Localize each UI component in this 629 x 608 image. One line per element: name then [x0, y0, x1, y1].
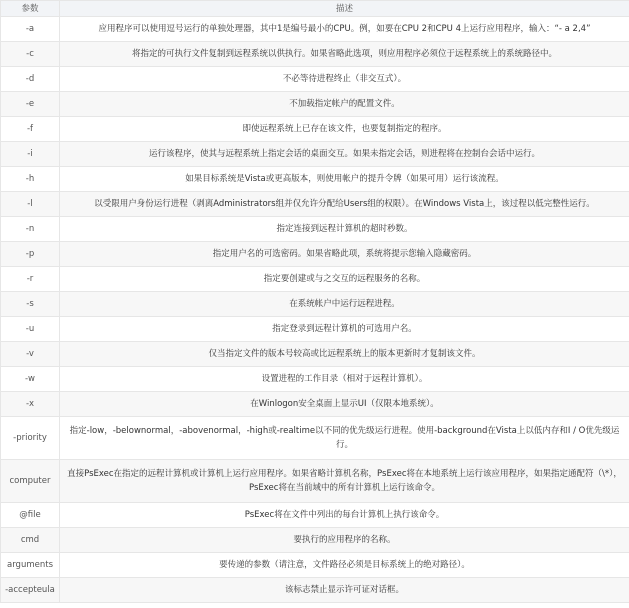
- param-cell: -c: [1, 42, 60, 67]
- table-row: arguments要传递的参数（请注意，文件路径必须是目标系统上的绝对路径）。: [1, 553, 629, 578]
- description-cell: 在系统帐户中运行远程进程。: [60, 292, 629, 317]
- param-cell: -f: [1, 117, 60, 142]
- description-cell: 在Winlogon安全桌面上显示UI（仅限本地系统）。: [60, 392, 629, 417]
- table-row: -h如果目标系统是Vista或更高版本，则使用帐户的提升令牌（如果可用）运行该流…: [1, 167, 629, 192]
- param-cell: @file: [1, 503, 60, 528]
- param-cell: -w: [1, 367, 60, 392]
- param-cell: -r: [1, 267, 60, 292]
- param-cell: -u: [1, 317, 60, 342]
- table-row: -r指定要创建或与之交互的远程服务的名称。: [1, 267, 629, 292]
- param-cell: -l: [1, 192, 60, 217]
- description-cell: 设置进程的工作目录（相对于远程计算机）。: [60, 367, 629, 392]
- param-cell: -n: [1, 217, 60, 242]
- param-cell: -v: [1, 342, 60, 367]
- table-row: -i运行该程序，使其与远程系统上指定会话的桌面交互。如果未指定会话，则进程将在控…: [1, 142, 629, 167]
- table-row: cmd要执行的应用程序的名称。: [1, 528, 629, 553]
- description-cell: 即使远程系统上已存在该文件，也要复制指定的程序。: [60, 117, 629, 142]
- param-cell: -d: [1, 67, 60, 92]
- table-row: -w设置进程的工作目录（相对于远程计算机）。: [1, 367, 629, 392]
- param-cell: arguments: [1, 553, 60, 578]
- table-row: -s在系统帐户中运行远程进程。: [1, 292, 629, 317]
- description-cell: 指定登录到远程计算机的可选用户名。: [60, 317, 629, 342]
- table-row: -d不必等待进程终止（非交互式）。: [1, 67, 629, 92]
- param-cell: -x: [1, 392, 60, 417]
- description-cell: 要执行的应用程序的名称。: [60, 528, 629, 553]
- param-cell: -p: [1, 242, 60, 267]
- description-cell: 直接PsExec在指定的远程计算机或计算机上运行应用程序。如果省略计算机名称，P…: [60, 460, 629, 503]
- table-row: -e不加载指定帐户的配置文件。: [1, 92, 629, 117]
- table-header-row: 参数 描述: [1, 1, 629, 17]
- table-row: @filePsExec将在文件中列出的每台计算机上执行该命令。: [1, 503, 629, 528]
- table-row: -u指定登录到远程计算机的可选用户名。: [1, 317, 629, 342]
- param-cell: -a: [1, 17, 60, 42]
- description-cell: 应用程序可以使用逗号运行的单独处理器，其中1是编号最小的CPU。例，如要在CPU…: [60, 17, 629, 42]
- description-cell: 指定连接到远程计算机的超时秒数。: [60, 217, 629, 242]
- param-cell: -i: [1, 142, 60, 167]
- table-row: -accepteula该标志禁止显示许可证对话框。: [1, 578, 629, 603]
- description-cell: 以受限用户身份运行进程（剥离Administrators组并仅允许分配给User…: [60, 192, 629, 217]
- param-cell: -h: [1, 167, 60, 192]
- table-row: -x在Winlogon安全桌面上显示UI（仅限本地系统）。: [1, 392, 629, 417]
- param-cell: cmd: [1, 528, 60, 553]
- description-cell: 要传递的参数（请注意，文件路径必须是目标系统上的绝对路径）。: [60, 553, 629, 578]
- param-cell: -s: [1, 292, 60, 317]
- description-cell: 指定要创建或与之交互的远程服务的名称。: [60, 267, 629, 292]
- table-row: -p指定用户名的可选密码。如果省略此项，系统将提示您输入隐藏密码。: [1, 242, 629, 267]
- table-row: -l以受限用户身份运行进程（剥离Administrators组并仅允许分配给Us…: [1, 192, 629, 217]
- table-row: computer直接PsExec在指定的远程计算机或计算机上运行应用程序。如果省…: [1, 460, 629, 503]
- table-row: -a应用程序可以使用逗号运行的单独处理器，其中1是编号最小的CPU。例，如要在C…: [1, 17, 629, 42]
- description-cell: 指定用户名的可选密码。如果省略此项，系统将提示您输入隐藏密码。: [60, 242, 629, 267]
- param-cell: -priority: [1, 417, 60, 460]
- description-cell: 仅当指定文件的版本号较高或比远程系统上的版本更新时才复制该文件。: [60, 342, 629, 367]
- description-cell: 将指定的可执行文件复制到远程系统以供执行。如果省略此选项，则应用程序必须位于远程…: [60, 42, 629, 67]
- description-cell: 不必等待进程终止（非交互式）。: [60, 67, 629, 92]
- table-row: -c将指定的可执行文件复制到远程系统以供执行。如果省略此选项，则应用程序必须位于…: [1, 42, 629, 67]
- description-cell: 该标志禁止显示许可证对话框。: [60, 578, 629, 603]
- table-row: -v仅当指定文件的版本号较高或比远程系统上的版本更新时才复制该文件。: [1, 342, 629, 367]
- parameter-table: 参数 描述 -a应用程序可以使用逗号运行的单独处理器，其中1是编号最小的CPU。…: [0, 0, 629, 603]
- description-cell: 运行该程序，使其与远程系统上指定会话的桌面交互。如果未指定会话，则进程将在控制台…: [60, 142, 629, 167]
- header-description: 描述: [60, 1, 629, 17]
- table-row: -f即使远程系统上已存在该文件，也要复制指定的程序。: [1, 117, 629, 142]
- table-row: -n指定连接到远程计算机的超时秒数。: [1, 217, 629, 242]
- description-cell: 指定-low，-belownormal，-abovenormal，-high或-…: [60, 417, 629, 460]
- description-cell: PsExec将在文件中列出的每台计算机上执行该命令。: [60, 503, 629, 528]
- description-cell: 不加载指定帐户的配置文件。: [60, 92, 629, 117]
- param-cell: -e: [1, 92, 60, 117]
- description-cell: 如果目标系统是Vista或更高版本，则使用帐户的提升令牌（如果可用）运行该流程。: [60, 167, 629, 192]
- header-param: 参数: [1, 1, 60, 17]
- param-cell: -accepteula: [1, 578, 60, 603]
- param-cell: computer: [1, 460, 60, 503]
- table-row: -priority指定-low，-belownormal，-abovenorma…: [1, 417, 629, 460]
